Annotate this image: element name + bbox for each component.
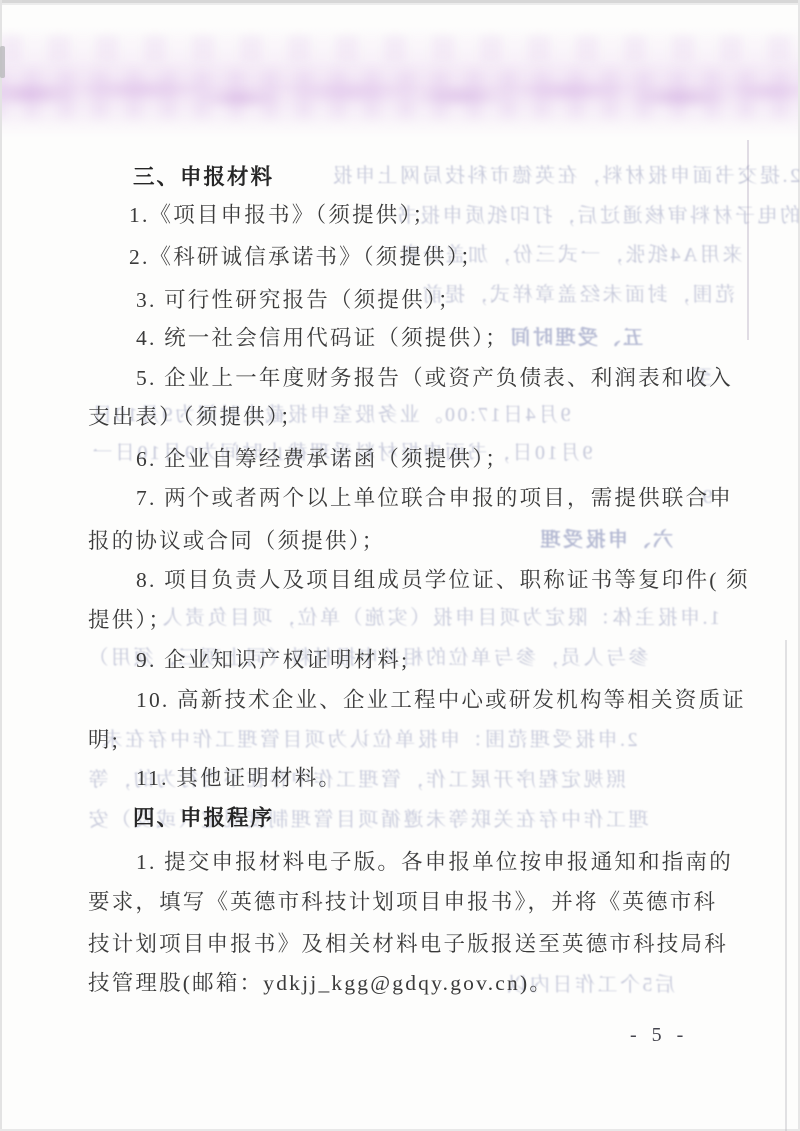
text-line: 1. 提交申报材料电子版。各申报单位按申报通知和指南的 <box>136 847 733 877</box>
section-heading: 三、申报材料 <box>133 162 274 192</box>
text-line: 支出表）（须提供）； <box>88 402 304 432</box>
scan-mark-left <box>0 46 5 78</box>
text-line: 2.《科研诚信承诺书》（须提供）； <box>129 242 484 272</box>
section-heading: 四、申报程序 <box>133 803 274 833</box>
scan-edge-top-soft <box>0 3 800 5</box>
text-line: 6. 企业自筹经费承诺函（须提供）； <box>136 444 509 474</box>
page-edge-line-lower-right <box>785 640 787 1131</box>
text-line: 技计划项目申报书》及相关材料电子版报送至英德市科技局科 <box>88 929 728 959</box>
bleedthrough-line: 六、申报受理 <box>538 526 673 554</box>
text-line: 技管理股(邮箱：ydkjj_kgg@gdqy.gov.cn)。 <box>88 968 553 998</box>
text-line: 报的协议或合同（须提供）； <box>88 526 385 556</box>
bleedthrough-line: 五、受理时间 <box>508 324 643 352</box>
text-line: 11. 其他证明材料。 <box>136 763 342 793</box>
bleedthrough-line: 2.申报受理范围：申报单位认为项目管理工作中存在未 <box>100 726 638 754</box>
text-line: 3. 可行性研究报告（须提供）； <box>136 285 461 315</box>
page-number: - 5 - <box>630 1024 688 1047</box>
text-line: 8. 项目负责人及项目组成员学位证、职称证书等复印件( 须 <box>136 565 750 595</box>
text-line: 1.《项目申报书》（须提供）； <box>129 200 436 230</box>
text-line: 明; <box>88 725 120 755</box>
text-line: 7. 两个或者两个以上单位联合申报的项目，需提供联合申 <box>136 483 733 513</box>
text-line: 提供）； <box>88 605 172 635</box>
pink-artifact-mottle <box>0 70 800 118</box>
text-line: 要求，填写《英德市科技计划项目申报书》，并将《英德市科 <box>88 887 717 917</box>
scan-edge-left <box>0 0 2 1131</box>
bleedthrough-line: 递的电子材料审核通过后，打印纸质申报书 <box>395 202 800 230</box>
bleedthrough-line: 2.提交书面申报材料，在英德市科技局网上申报 <box>330 162 800 190</box>
text-line: 4. 统一社会信用代码证（须提供）； <box>136 323 509 353</box>
pink-artifact-haze <box>0 36 800 62</box>
bleedthrough-line: 1.申报主体：限定为项目申报（实施）单位，项目负责人 <box>160 604 720 632</box>
text-line: 10. 高新技术企业、企业工程中心或研发机构等相关资质证 <box>136 685 746 715</box>
text-line: 9. 企业知识产权证明材料; <box>136 645 409 675</box>
scanned-page: 2.提交书面申报材料，在英德市科技局网上申报递的电子材料审核通过后，打印纸质申报… <box>0 0 800 1131</box>
text-line: 5. 企业上一年度财务报告（或资产负债表、利润表和收入 <box>136 363 733 393</box>
bleedthrough-line: 范围，封面未经盖章样式，提前 <box>420 281 735 309</box>
